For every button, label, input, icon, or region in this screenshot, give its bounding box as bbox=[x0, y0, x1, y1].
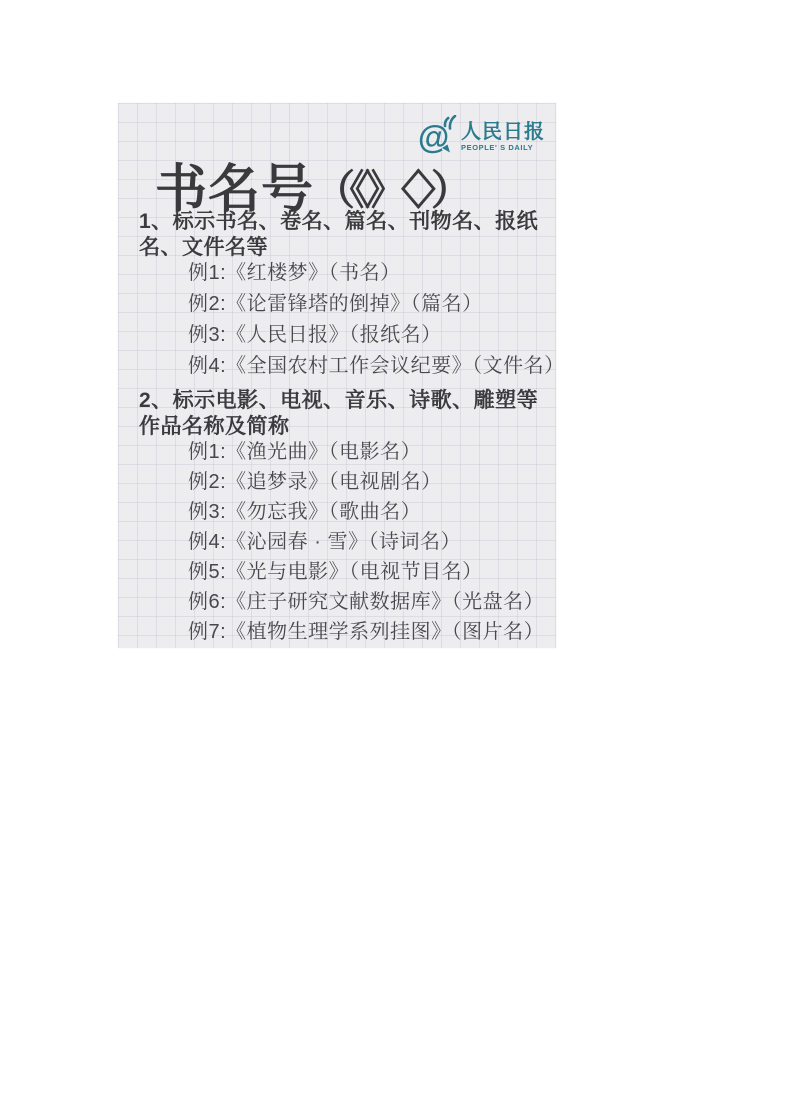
example-line: 例7:《植物生理学系列挂图》（图片名） bbox=[188, 622, 544, 642]
logo-name: 人民日报 bbox=[461, 121, 545, 143]
section-2-examples: 例1:《渔光曲》（电影名） 例2:《追梦录》（电视剧名） 例3:《勿忘我》（歌曲… bbox=[188, 442, 544, 652]
page: @ 人民日报 PEOPLE' S DAILY 书名号（《》〈〉） 1、标示书名、… bbox=[0, 0, 792, 1120]
example-line: 例1:《渔光曲》（电影名） bbox=[188, 442, 544, 462]
example-line: 例2:《论雷锋塔的倒掉》（篇名） bbox=[188, 294, 565, 314]
example-line: 例3:《人民日报》（报纸名） bbox=[188, 325, 565, 345]
example-line: 例2:《追梦录》（电视剧名） bbox=[188, 472, 544, 492]
section-2-heading: 2、标示电影、电视、音乐、诗歌、雕塑等作品名称及简称 bbox=[139, 388, 541, 439]
example-line: 例6:《庄子研究文献数据库》（光盘名） bbox=[188, 592, 544, 612]
example-line: 例3:《勿忘我》（歌曲名） bbox=[188, 502, 544, 522]
example-line: 例4:《沁园春 · 雪》（诗词名） bbox=[188, 532, 544, 552]
title-brackets: （《》〈〉） bbox=[314, 167, 467, 213]
section-1-heading: 1、标示书名、卷名、篇名、刊物名、报纸名、文件名等 bbox=[139, 209, 541, 260]
example-line: 例5:《光与电影》（电视节目名） bbox=[188, 562, 544, 582]
punctuation-infographic-card: @ 人民日报 PEOPLE' S DAILY 书名号（《》〈〉） 1、标示书名、… bbox=[118, 103, 556, 648]
example-line: 例1:《红楼梦》（书名） bbox=[188, 263, 565, 283]
logo-subtitle: PEOPLE' S DAILY bbox=[461, 143, 545, 152]
section-1-examples: 例1:《红楼梦》（书名） 例2:《论雷锋塔的倒掉》（篇名） 例3:《人民日报》（… bbox=[188, 263, 565, 387]
example-line: 例4:《全国农村工作会议纪要》（文件名） bbox=[188, 356, 565, 376]
